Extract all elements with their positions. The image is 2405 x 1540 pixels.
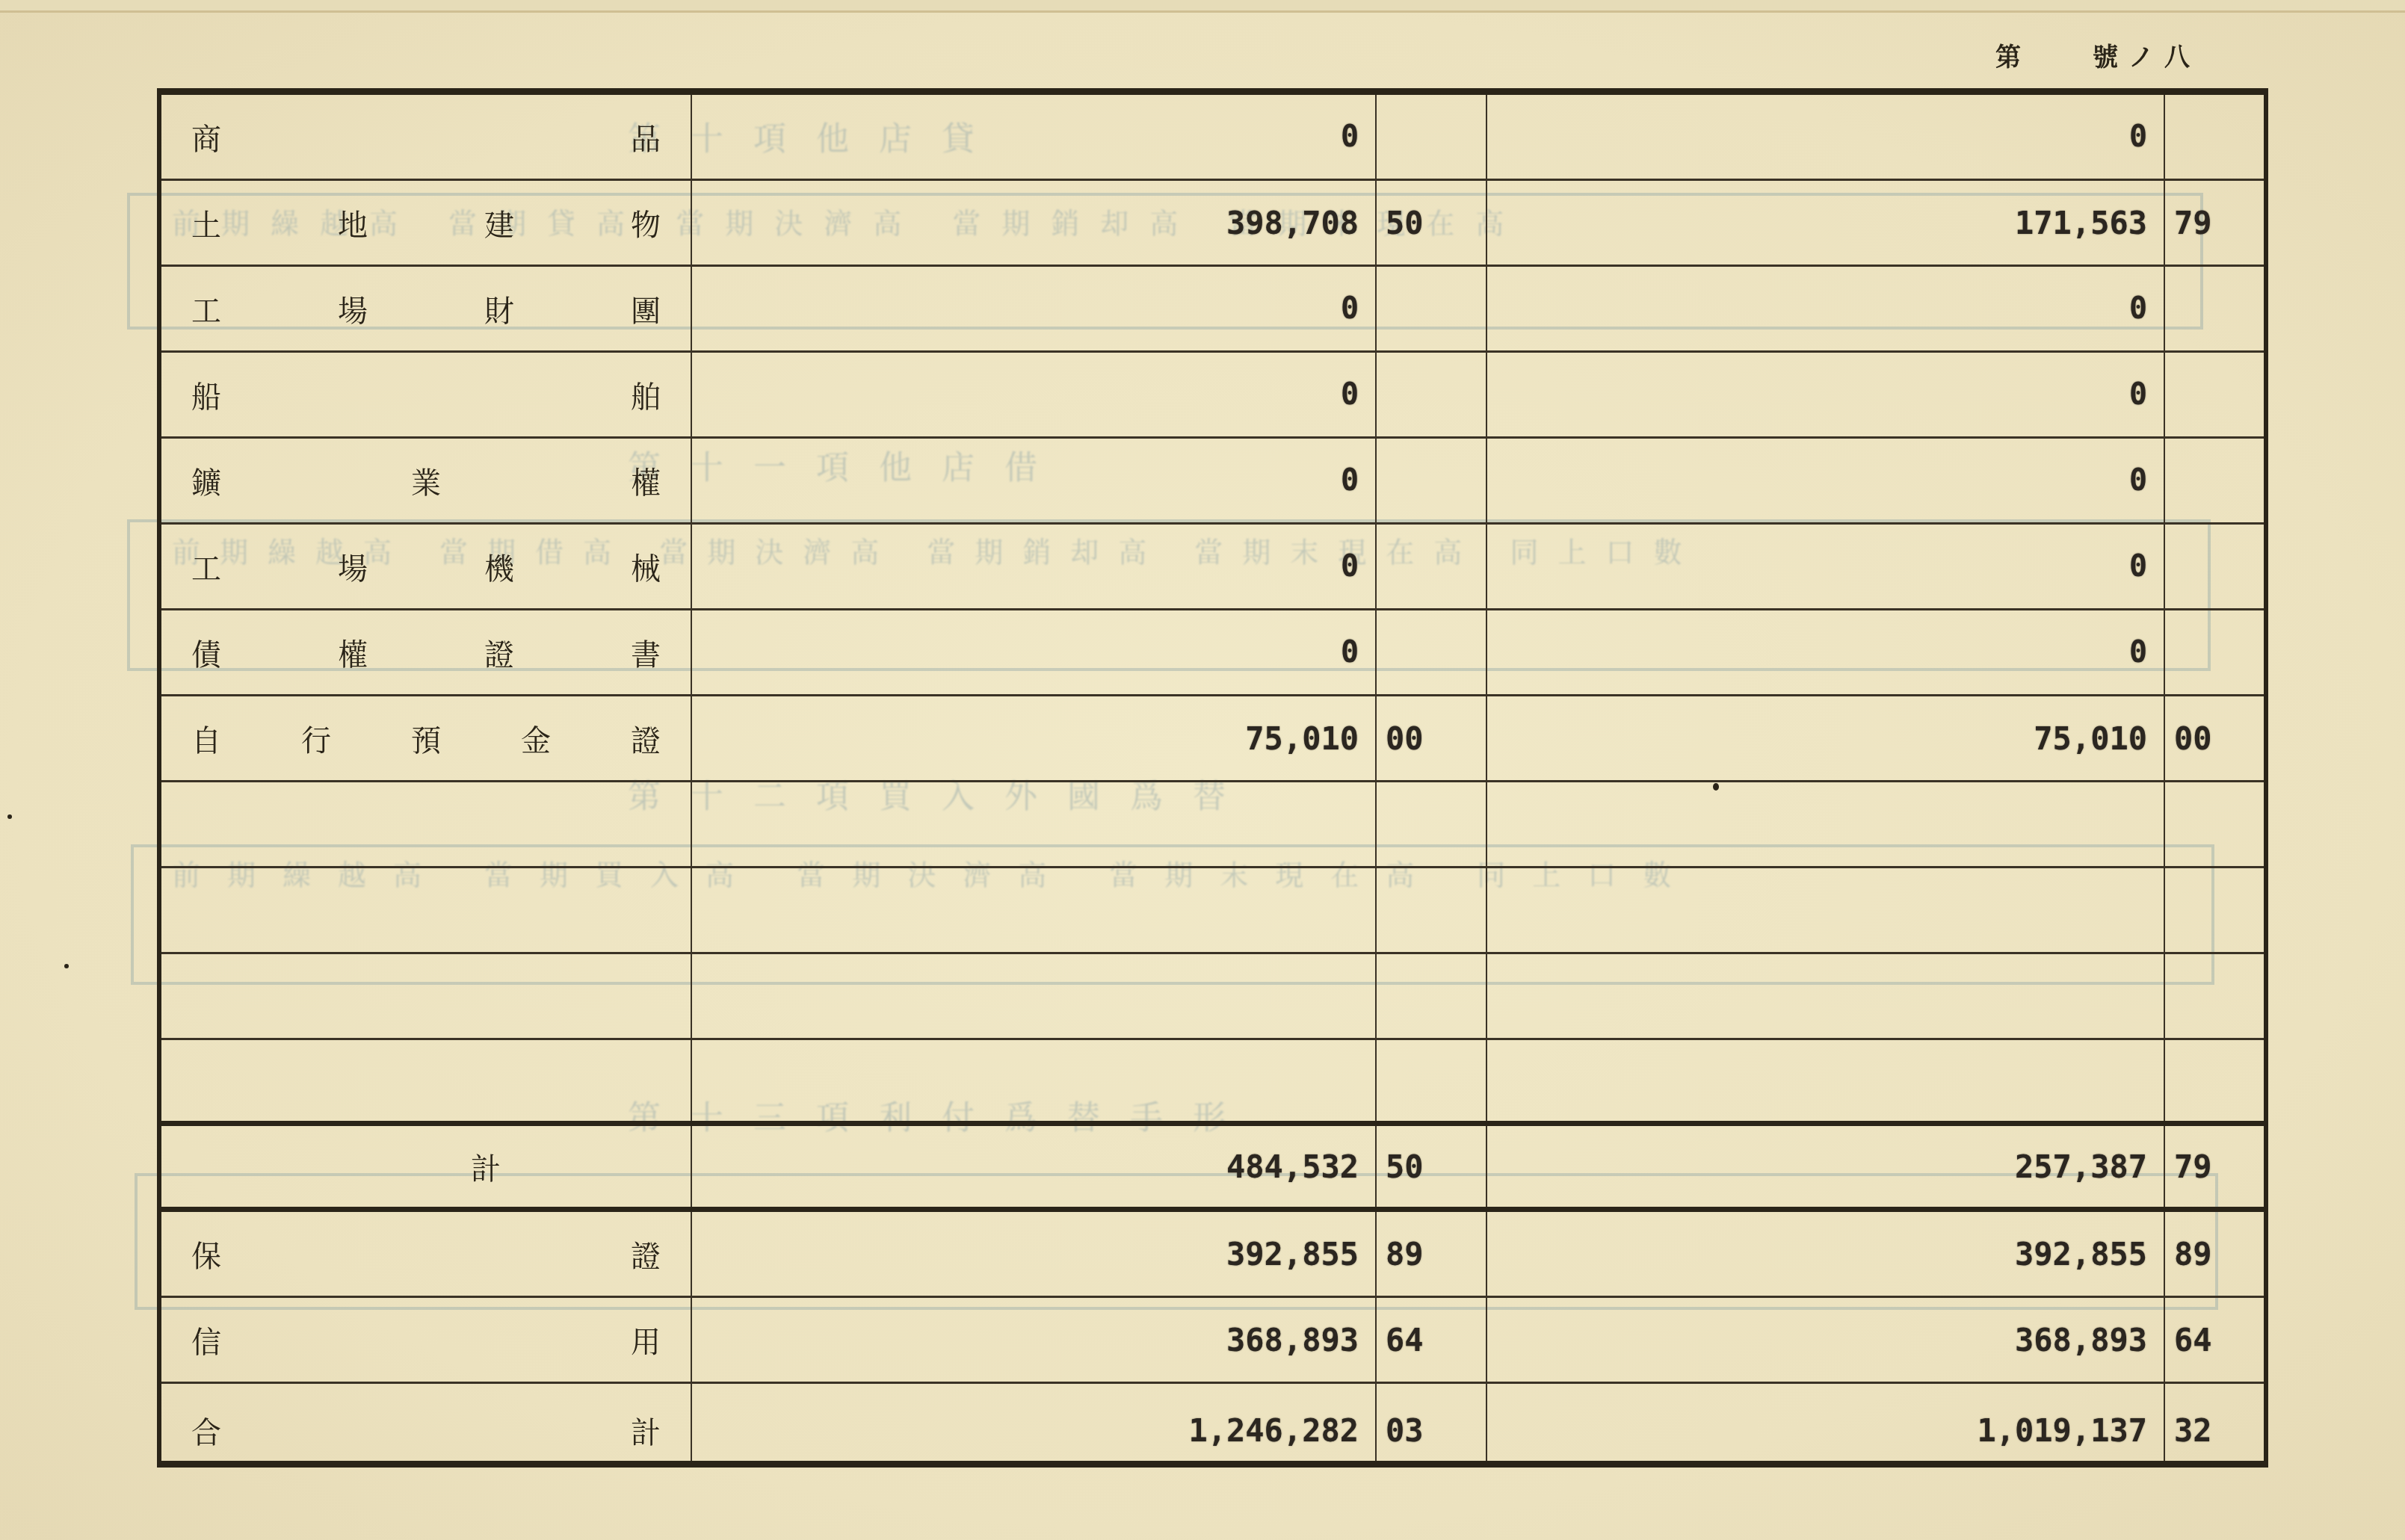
- col1-sen-value: [1377, 1040, 1486, 1121]
- col1-sen-value: 64: [1377, 1298, 1486, 1382]
- document-page: 第十項他店貸 前期繰越高 當期貸高 當期決濟高 當期銷却高 當期末現在高 第十一…: [0, 0, 2405, 1540]
- ledger-table: 商品00土地建物398,70850171,56379工場財團00船舶00鑛業權0…: [157, 88, 2268, 1468]
- col2-yen-value: 0: [1487, 353, 2164, 436]
- table-row: [161, 1040, 2264, 1126]
- col1-yen-value: 484,532: [694, 1126, 1375, 1207]
- table-row: 工場機械00: [161, 525, 2264, 610]
- col1-sen-value: [1377, 267, 1486, 350]
- header-number: 號ノ八: [2093, 37, 2200, 73]
- table-row: 土地建物398,70850171,56379: [161, 181, 2264, 267]
- label-char: 信: [191, 1319, 221, 1361]
- label-char: 權: [631, 460, 661, 502]
- label-char: 用: [631, 1319, 661, 1361]
- label-char: 財: [484, 288, 514, 330]
- row-label: [161, 954, 691, 1038]
- col2-sen-value: 79: [2165, 1126, 2268, 1207]
- col1-sen-value: 50: [1377, 181, 1486, 265]
- col2-sen-value: 64: [2165, 1298, 2268, 1382]
- row-label: 土地建物: [161, 181, 691, 265]
- label-char: 物: [631, 202, 661, 244]
- label-char: 金: [521, 717, 551, 760]
- col1-yen-value: 392,855: [694, 1212, 1375, 1296]
- col2-yen-value: 0: [1487, 610, 2164, 694]
- col1-sen-value: [1377, 782, 1486, 866]
- label-char: 工: [191, 288, 221, 330]
- col1-yen-value: 1,246,282: [694, 1384, 1375, 1477]
- label-char: 場: [338, 288, 368, 330]
- label-char: 土: [191, 202, 221, 244]
- col2-sen-value: 79: [2165, 181, 2268, 265]
- label-char: 商: [191, 116, 221, 158]
- col1-yen-value: 0: [694, 353, 1375, 436]
- col2-sen-value: [2165, 353, 2268, 436]
- label-char: 行: [301, 717, 331, 760]
- label-char: 債: [191, 631, 221, 674]
- col2-yen-value: 0: [1487, 267, 2164, 350]
- col1-yen-value: 75,010: [694, 696, 1375, 780]
- row-label: 鑛業權: [161, 439, 691, 522]
- col1-yen-value: 368,893: [694, 1298, 1375, 1382]
- row-label: 債權證書: [161, 610, 691, 694]
- table-row: 船舶00: [161, 353, 2264, 439]
- label-char: 證: [631, 1233, 661, 1275]
- row-label: 計: [161, 1126, 691, 1207]
- label-char: 機: [484, 545, 514, 588]
- label-char: 合: [191, 1409, 221, 1452]
- label-char: 計: [631, 1409, 661, 1452]
- col1-yen-value: [694, 868, 1375, 952]
- col1-sen-value: 03: [1377, 1384, 1486, 1477]
- label-char: 證: [631, 717, 661, 760]
- label-char: 證: [484, 631, 514, 674]
- col2-sen-value: [2165, 610, 2268, 694]
- col2-sen-value: [2165, 868, 2268, 952]
- col2-sen-value: [2165, 954, 2268, 1038]
- col2-yen-value: [1487, 782, 2164, 866]
- label-char: 自: [191, 717, 221, 760]
- row-label: [161, 1040, 691, 1121]
- label-char: 書: [631, 631, 661, 674]
- page-header: 第 號ノ八: [1988, 36, 2235, 73]
- col2-sen-value: 89: [2165, 1212, 2268, 1296]
- col1-yen-value: 0: [694, 95, 1375, 179]
- col2-yen-value: 392,855: [1487, 1212, 2164, 1296]
- col2-yen-value: 171,563: [1487, 181, 2164, 265]
- row-label: [161, 782, 691, 866]
- col2-yen-value: [1487, 954, 2164, 1038]
- row-label: 自行預金證: [161, 696, 691, 780]
- label-char: 團: [631, 288, 661, 330]
- label-char: 品: [631, 116, 661, 158]
- table-row: 計484,53250257,38779: [161, 1126, 2264, 1212]
- label-char: 地: [338, 202, 368, 244]
- col1-sen-value: [1377, 610, 1486, 694]
- table-row: [161, 782, 2264, 868]
- label-char: 權: [338, 631, 368, 674]
- row-label: 信用: [161, 1298, 691, 1382]
- col2-yen-value: 0: [1487, 95, 2164, 179]
- label-char: 預: [411, 717, 441, 760]
- col1-yen-value: [694, 782, 1375, 866]
- col1-sen-value: [1377, 439, 1486, 522]
- col1-yen-value: 0: [694, 439, 1375, 522]
- row-label: 商品: [161, 95, 691, 179]
- table-row: 信用368,89364368,89364: [161, 1298, 2264, 1384]
- table-row: 鑛業權00: [161, 439, 2264, 525]
- col1-sen-value: 00: [1377, 696, 1486, 780]
- ink-mark: [1713, 783, 1719, 791]
- col2-yen-value: 257,387: [1487, 1126, 2164, 1207]
- col2-yen-value: 368,893: [1487, 1298, 2164, 1382]
- row-label: [161, 868, 691, 952]
- label-char: 工: [191, 545, 221, 588]
- table-row: 債權證書00: [161, 610, 2264, 696]
- ink-mark: [7, 814, 12, 819]
- row-label: 合計: [161, 1384, 691, 1477]
- col2-yen-value: 75,010: [1487, 696, 2164, 780]
- label-char: 鑛: [191, 460, 221, 502]
- col1-yen-value: 0: [694, 525, 1375, 608]
- table-row: 保證392,85589392,85589: [161, 1212, 2264, 1298]
- col1-sen-value: [1377, 95, 1486, 179]
- table-row: 商品00: [161, 95, 2264, 181]
- row-label: 船舶: [161, 353, 691, 436]
- label-char: 計: [471, 1145, 501, 1188]
- col2-yen-value: [1487, 1040, 2164, 1121]
- header-dai: 第: [1995, 37, 2021, 73]
- col1-sen-value: [1377, 954, 1486, 1038]
- table-row: 自行預金證75,0100075,01000: [161, 696, 2264, 782]
- label-char: 械: [631, 545, 661, 588]
- ink-mark: [64, 964, 69, 968]
- page-top-edge: [0, 0, 2405, 13]
- col1-sen-value: [1377, 353, 1486, 436]
- col2-yen-value: 1,019,137: [1487, 1384, 2164, 1477]
- label-char: 建: [484, 202, 514, 244]
- table-row: 合計1,246,282031,019,13732: [161, 1384, 2264, 1477]
- col2-yen-value: 0: [1487, 525, 2164, 608]
- col1-sen-value: 89: [1377, 1212, 1486, 1296]
- col2-sen-value: 00: [2165, 696, 2268, 780]
- label-char: 業: [411, 460, 441, 502]
- label-char: 船: [191, 374, 221, 416]
- table-row: [161, 868, 2264, 954]
- label-char: 保: [191, 1233, 221, 1275]
- col2-sen-value: [2165, 525, 2268, 608]
- col2-yen-value: 0: [1487, 439, 2164, 522]
- row-label: 工場機械: [161, 525, 691, 608]
- label-char: 場: [338, 545, 368, 588]
- col1-yen-value: 0: [694, 267, 1375, 350]
- col2-sen-value: [2165, 95, 2268, 179]
- col2-sen-value: [2165, 1040, 2268, 1121]
- col1-yen-value: 0: [694, 610, 1375, 694]
- col2-sen-value: [2165, 782, 2268, 866]
- col1-yen-value: 398,708: [694, 181, 1375, 265]
- row-label: 保證: [161, 1212, 691, 1296]
- col2-sen-value: 32: [2165, 1384, 2268, 1477]
- col1-sen-value: [1377, 525, 1486, 608]
- table-row: 工場財團00: [161, 267, 2264, 353]
- col2-yen-value: [1487, 868, 2164, 952]
- col1-yen-value: [694, 1040, 1375, 1121]
- row-label: 工場財團: [161, 267, 691, 350]
- col2-sen-value: [2165, 267, 2268, 350]
- label-char: 舶: [631, 374, 661, 416]
- col2-sen-value: [2165, 439, 2268, 522]
- table-row: [161, 954, 2264, 1040]
- col1-sen-value: 50: [1377, 1126, 1486, 1207]
- col1-sen-value: [1377, 868, 1486, 952]
- col1-yen-value: [694, 954, 1375, 1038]
